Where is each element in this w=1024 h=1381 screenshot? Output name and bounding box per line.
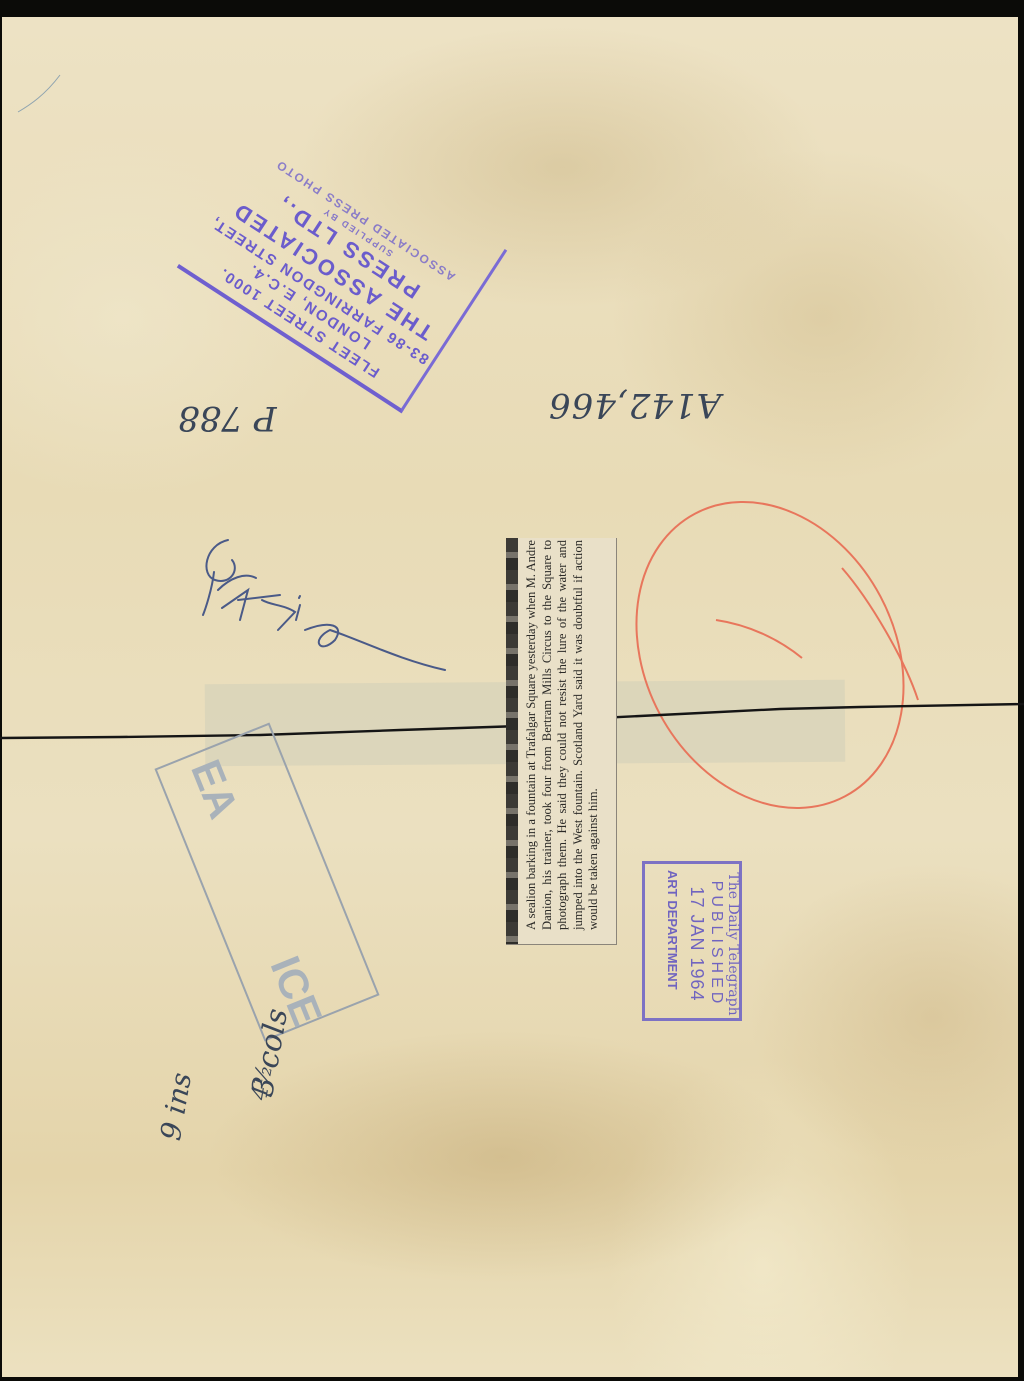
handwritten-ref-p: P 788 <box>178 398 277 438</box>
published-label: PUBLISHED <box>707 864 725 1024</box>
published-date: 17 JAN 1964 <box>686 864 707 1024</box>
clipping-edge <box>506 538 518 944</box>
newspaper-clipping: A sealion barking in a fountain at Trafa… <box>506 538 617 945</box>
handwritten-ref-a: A142,466 <box>548 385 721 425</box>
clipping-caption: A sealion barking in a fountain at Trafa… <box>518 532 618 938</box>
telegraph-published-stamp: The Daily Telegraph PUBLISHED 17 JAN 196… <box>642 861 742 1021</box>
telegraph-masthead: The Daily Telegraph <box>725 864 741 1024</box>
department-label: ART DEPARTMENT <box>665 864 680 1024</box>
grey-stamp-top-text: EA <box>181 753 247 825</box>
